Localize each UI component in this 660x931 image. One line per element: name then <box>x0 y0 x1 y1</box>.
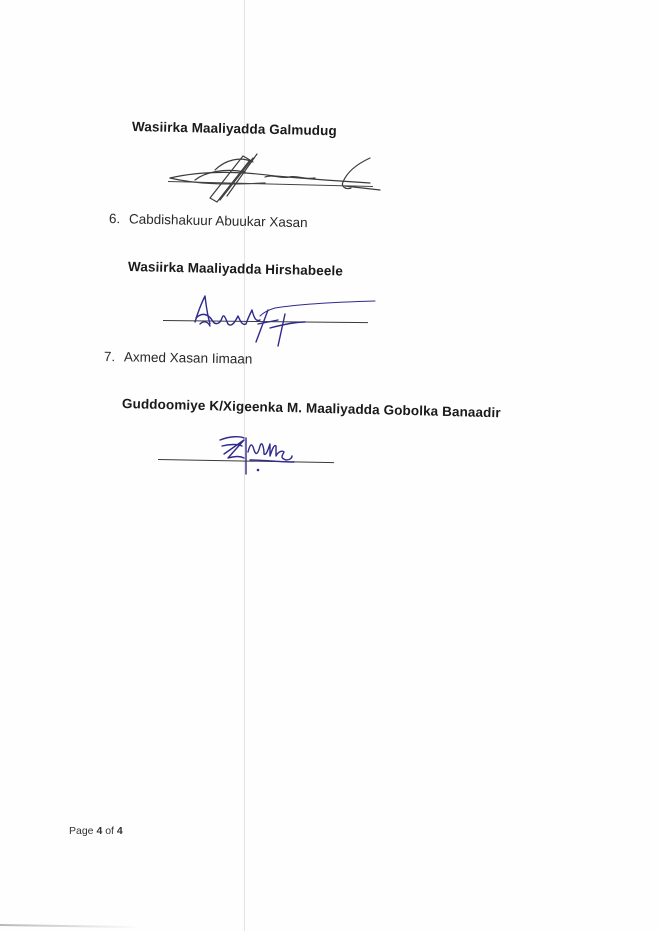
signatory-title-banaadir: Guddoomiye K/Xigeenka M. Maaliyadda Gobo… <box>122 396 501 420</box>
page-number-footer: Page 4 of 4 <box>69 825 123 837</box>
signatory-name-6: 6.Cabdishakuur Abuukar Xasan <box>109 211 308 230</box>
signatory-title-galmudug: Wasiirka Maaliyadda Galmudug <box>132 119 337 138</box>
signatory-name: Cabdishakuur Abuukar Xasan <box>129 211 308 230</box>
of-label: of <box>105 825 114 837</box>
signature-hirshabeele <box>160 290 380 350</box>
scan-page-edge <box>0 924 140 928</box>
signatory-name: Axmed Xasan Iimaan <box>124 349 253 366</box>
total-pages: 4 <box>117 825 123 837</box>
signature-banaadir <box>210 430 300 480</box>
page-label: Page <box>69 825 94 837</box>
list-number: 7. <box>104 349 124 364</box>
signatory-name-7: 7.Axmed Xasan Iimaan <box>104 349 253 367</box>
signature-galmudug <box>165 150 385 210</box>
current-page: 4 <box>96 825 102 837</box>
document-page: Wasiirka Maaliyadda Galmudug 6.Cabdishak… <box>0 0 660 931</box>
signatory-title-hirshabeele: Wasiirka Maaliyadda Hirshabeele <box>128 259 343 278</box>
list-number: 6. <box>109 211 129 226</box>
